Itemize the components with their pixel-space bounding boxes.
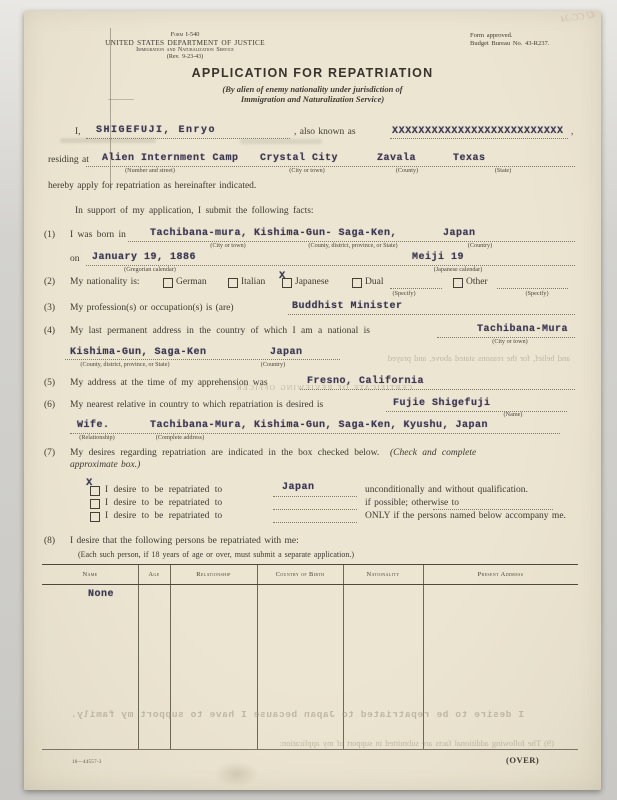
- dual-specify-blank: [390, 278, 442, 289]
- support-line: In support of my application, I submit t…: [75, 206, 314, 217]
- table-column-divider: [343, 565, 344, 749]
- permanent-region-value: Kishima-Gun, Saga-Ken: [70, 347, 207, 358]
- aka-label: , also known as: [294, 127, 356, 138]
- item3-number: (3): [44, 303, 55, 314]
- caption-permanent-region: (County, district, province, or State): [35, 361, 215, 368]
- item8-number: (8): [44, 536, 55, 547]
- agency-service: Immigration and Naturalization Service: [40, 47, 330, 54]
- option2-prefix: I desire to be repatriated to: [105, 498, 222, 509]
- option1-prefix: I desire to be repatriated to: [105, 485, 222, 496]
- form-document: 42 CC-34 Form I-540 UNITED STATES DEPART…: [24, 11, 601, 790]
- bleedthrough-mid-line: and belief, for the reasons stated above…: [200, 353, 570, 364]
- checkbox-other: [453, 278, 463, 288]
- item3-label: My profession(s) or occupation(s) is (ar…: [70, 303, 234, 314]
- item2-number: (2): [44, 277, 55, 288]
- table-column-divider: [138, 565, 139, 749]
- residing-label: residing at: [48, 155, 89, 166]
- caption-county: (County): [367, 167, 447, 174]
- option1-suffix: unconditionally and without qualificatio…: [365, 485, 528, 496]
- option3-suffix: ONLY if the persons named below accompan…: [365, 511, 566, 522]
- residence-city-value: Crystal City: [260, 153, 338, 164]
- checkbox-dual: [352, 278, 362, 288]
- checkbox-italian: [228, 278, 238, 288]
- option3-prefix: I desire to be repatriated to: [105, 511, 222, 522]
- item7-label: My desires regarding repatriation are in…: [70, 448, 476, 459]
- table-column-divider: [170, 565, 171, 749]
- item5-number: (5): [44, 378, 55, 389]
- column-header-relationship: Relationship: [170, 571, 257, 578]
- caption-birth-region: (County, district, province, or State): [263, 242, 443, 249]
- form-subtitle-line2: Immigration and Naturalization Service): [24, 94, 601, 104]
- option2-blank2: [433, 499, 553, 510]
- caption-city: (City or town): [257, 167, 357, 174]
- permanent-city-value: Tachibana-Mura: [477, 324, 568, 335]
- item6-label: My nearest relative in country to which …: [70, 400, 323, 411]
- item4-label: My last permanent address in the country…: [70, 326, 370, 337]
- table-column-divider: [423, 565, 424, 749]
- caption-dual-specify: (Specify): [364, 290, 444, 297]
- agency-name: UNITED STATES DEPARTMENT OF JUSTICE: [40, 39, 330, 48]
- table-column-divider: [257, 565, 258, 749]
- applicant-name-value: SHIGEFUJI, Enryo: [96, 125, 216, 136]
- caption-complete-address: (Complete address): [120, 434, 240, 441]
- over-label: (OVER): [506, 755, 539, 766]
- item7-label-italic: (Check and complete: [390, 448, 476, 458]
- birthdate-japanese-value: Meiji 19: [412, 252, 464, 263]
- option2-blank: [273, 499, 357, 510]
- caption-permanent-city: (City or town): [460, 338, 560, 345]
- caption-other-specify: (Specify): [497, 290, 577, 297]
- paper-stain: [214, 761, 259, 787]
- column-header-country-of-birth: Country of Birth: [257, 571, 343, 578]
- i-label: I,: [75, 127, 81, 138]
- item7-number: (7): [44, 448, 55, 459]
- item1-label: I was born in: [70, 230, 126, 241]
- check-mark-japanese: X: [279, 271, 286, 282]
- relative-relationship-value: Wife.: [77, 420, 110, 431]
- persons-table: Name Age Relationship Country of Birth N…: [42, 564, 578, 750]
- option-dual-label: Dual: [365, 277, 383, 288]
- bleed-corner-mark: 42 CC-34: [516, 9, 597, 30]
- caption-birth-country: (Country): [440, 242, 520, 249]
- column-header-name: Name: [42, 571, 138, 578]
- birthdate-gregorian-value: January 19, 1886: [92, 252, 196, 263]
- form-revision: (Rev. 9-23-43): [40, 54, 330, 61]
- option3-blank: [273, 512, 357, 523]
- caption-street: (Number and street): [80, 167, 220, 174]
- option-german-label: German: [176, 277, 207, 288]
- item1-number: (1): [44, 230, 55, 241]
- caption-japanese: (Japanese calendar): [398, 266, 518, 273]
- birthplace-value: Tachibana-mura, Kishima-Gun- Saga-Ken,: [150, 228, 397, 239]
- bleedthrough-printed-line: (9) The following additional facts are s…: [54, 738, 554, 749]
- approved-line1: Form approved.: [470, 32, 549, 40]
- item7-label-italic2: approximate box.): [70, 460, 140, 471]
- residence-street-value: Alien Internment Camp: [102, 153, 239, 164]
- caption-relative-name: (Name): [463, 411, 563, 418]
- column-header-nationality: Nationality: [343, 571, 423, 578]
- residence-county-value: Zavala: [377, 153, 416, 164]
- checkbox-repatriate-if-possible: [90, 499, 100, 509]
- checkbox-repatriate-only-if: [90, 512, 100, 522]
- aka-value: XXXXXXXXXXXXXXXXXXXXXXXXXX: [392, 126, 564, 137]
- bleedthrough-typed-line: I desire to be repatriated to Japan beca…: [74, 709, 524, 720]
- item7-label-roman: My desires regarding repatriation are in…: [70, 448, 379, 458]
- caption-state: (State): [463, 167, 543, 174]
- form-title: APPLICATION FOR REPATRIATION: [24, 66, 601, 80]
- on-label: on: [70, 254, 80, 265]
- relative-name-value: Fujie Shigefuji: [393, 398, 491, 409]
- birth-country-value: Japan: [443, 228, 476, 239]
- residence-state-value: Texas: [453, 153, 486, 164]
- item5-label: My address at the time of my apprehensio…: [70, 378, 268, 389]
- agency-header-block: Form I-540 UNITED STATES DEPARTMENT OF J…: [40, 31, 330, 61]
- table-header-rule: [42, 584, 578, 585]
- option-italian-label: Italian: [241, 277, 265, 288]
- hereby-line: hereby apply for repatriation as hereina…: [48, 181, 256, 192]
- print-code: 16—44557-3: [72, 757, 102, 768]
- apprehension-address-value: Fresno, California: [307, 376, 424, 387]
- item8-label: I desire that the following persons be r…: [70, 536, 299, 547]
- profession-value: Buddhist Minister: [292, 301, 403, 312]
- checkbox-german: [163, 278, 173, 288]
- option-other-label: Other: [466, 277, 488, 288]
- option1-destination-value: Japan: [282, 482, 315, 493]
- approval-block: Form approved. Budget Bureau No. 43-R237…: [470, 32, 549, 47]
- approved-line2: Budget Bureau No. 43-R237.: [470, 40, 549, 48]
- aka-comma: ,: [571, 127, 573, 138]
- item8-note: (Each such person, if 18 years of age or…: [78, 549, 354, 560]
- column-header-age: Age: [138, 571, 170, 578]
- table-row-name-value: None: [88, 589, 114, 600]
- other-specify-blank: [497, 278, 568, 289]
- item6-number: (6): [44, 400, 55, 411]
- option-japanese-label: Japanese: [295, 277, 329, 288]
- item4-number: (4): [44, 326, 55, 337]
- caption-gregorian: (Gregorian calendar): [80, 266, 220, 273]
- check-mark-repatriate: X: [86, 478, 93, 489]
- form-subtitle-line1: (By alien of enemy nationality under jur…: [24, 84, 601, 94]
- bleed-smudge: [240, 139, 322, 144]
- relative-address-value: Tachibana-Mura, Kishima-Gun, Saga-Ken, K…: [150, 420, 488, 431]
- item2-label: My nationality is:: [70, 277, 140, 288]
- column-header-present-address: Present Address: [423, 571, 578, 578]
